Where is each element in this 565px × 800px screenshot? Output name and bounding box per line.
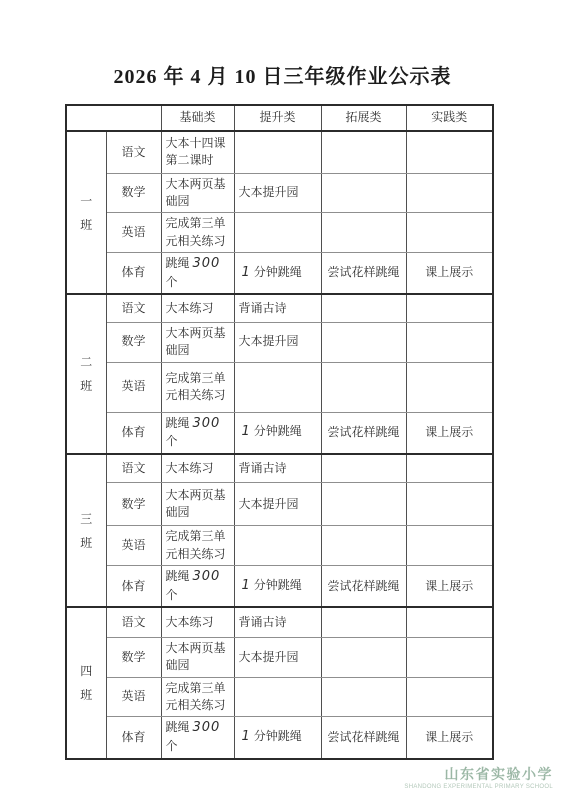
improve-cell	[234, 213, 321, 253]
basic-cell: 大本两页基础园	[161, 322, 234, 362]
basic-cell: 完成第三单元相关练习	[161, 362, 234, 412]
basic-cell: 跳绳300个	[161, 412, 234, 454]
improve-cell: 背诵古诗	[234, 454, 321, 483]
class-name-label: 二班	[80, 350, 93, 398]
class-name-cell: 一班	[66, 131, 106, 294]
homework-table: 基础类 提升类 拓展类 实践类 一班 语文 大本十四课第二课时 数学 大本两页基…	[65, 104, 494, 760]
table-row: 体育 跳绳300个 1分钟跳绳 尝试花样跳绳 课上展示	[66, 412, 493, 454]
col-header-practice: 实践类	[406, 105, 493, 131]
basic-cell: 完成第三单元相关练习	[161, 213, 234, 253]
practice-cell	[406, 677, 493, 717]
practice-cell	[406, 454, 493, 483]
pe-basic-count: 300	[193, 256, 221, 271]
table-row: 英语 完成第三单元相关练习	[66, 677, 493, 717]
expand-cell: 尝试花样跳绳	[321, 566, 406, 608]
basic-cell: 跳绳300个	[161, 566, 234, 608]
improve-cell: 大本提升园	[234, 322, 321, 362]
pe-improve-text: 分钟跳绳	[254, 578, 302, 592]
expand-cell	[321, 454, 406, 483]
table-row: 英语 完成第三单元相关练习	[66, 213, 493, 253]
basic-cell: 大本两页基础园	[161, 637, 234, 677]
pe-basic-count: 300	[193, 720, 221, 735]
practice-cell	[406, 294, 493, 322]
col-header-improve: 提升类	[234, 105, 321, 131]
basic-cell: 跳绳300个	[161, 717, 234, 759]
expand-cell	[321, 483, 406, 526]
header-row: 基础类 提升类 拓展类 实践类	[66, 105, 493, 131]
pe-basic-unit: 个	[166, 434, 178, 448]
practice-cell	[406, 526, 493, 566]
practice-cell	[406, 483, 493, 526]
table-row: 数学 大本两页基础园 大本提升园	[66, 322, 493, 362]
basic-cell: 大本十四课第二课时	[161, 131, 234, 173]
practice-cell	[406, 173, 493, 213]
expand-cell	[321, 213, 406, 253]
table-row: 四班 语文 大本练习 背诵古诗	[66, 607, 493, 637]
expand-cell	[321, 637, 406, 677]
subject-cell: 体育	[106, 412, 161, 454]
expand-cell	[321, 677, 406, 717]
table-row: 一班 语文 大本十四课第二课时	[66, 131, 493, 173]
practice-cell	[406, 362, 493, 412]
improve-cell: 大本提升园	[234, 483, 321, 526]
expand-cell: 尝试花样跳绳	[321, 717, 406, 759]
improve-cell: 背诵古诗	[234, 294, 321, 322]
pe-basic-text: 跳绳	[166, 416, 190, 430]
pe-basic-unit: 个	[166, 588, 178, 602]
corner-cell	[66, 105, 161, 131]
class-name-cell: 四班	[66, 607, 106, 758]
expand-cell	[321, 526, 406, 566]
table-row: 体育 跳绳300个 1分钟跳绳 尝试花样跳绳 课上展示	[66, 253, 493, 295]
improve-cell	[234, 526, 321, 566]
practice-cell	[406, 637, 493, 677]
improve-cell: 大本提升园	[234, 637, 321, 677]
table-row: 英语 完成第三单元相关练习	[66, 362, 493, 412]
pe-basic-text: 跳绳	[166, 569, 190, 583]
expand-cell: 尝试花样跳绳	[321, 253, 406, 295]
pe-improve-text: 分钟跳绳	[254, 265, 302, 279]
basic-cell: 完成第三单元相关练习	[161, 526, 234, 566]
pe-basic-count: 300	[193, 416, 221, 431]
subject-cell: 体育	[106, 253, 161, 295]
subject-cell: 英语	[106, 526, 161, 566]
subject-cell: 体育	[106, 717, 161, 759]
expand-cell	[321, 131, 406, 173]
improve-cell	[234, 362, 321, 412]
class-name-cell: 三班	[66, 454, 106, 608]
table-row: 体育 跳绳300个 1分钟跳绳 尝试花样跳绳 课上展示	[66, 717, 493, 759]
table-row: 体育 跳绳300个 1分钟跳绳 尝试花样跳绳 课上展示	[66, 566, 493, 608]
basic-cell: 大本练习	[161, 607, 234, 637]
pe-basic-text: 跳绳	[166, 256, 190, 270]
subject-cell: 英语	[106, 213, 161, 253]
pe-basic-count: 300	[193, 569, 221, 584]
subject-cell: 数学	[106, 173, 161, 213]
improve-cell: 1分钟跳绳	[234, 717, 321, 759]
basic-cell: 大本练习	[161, 294, 234, 322]
basic-cell: 大本两页基础园	[161, 483, 234, 526]
school-logo: 山东省实验小学 SHANDONG EXPERIMENTAL PRIMARY SC…	[404, 768, 553, 790]
pe-improve-count: 1	[242, 578, 251, 593]
practice-cell: 课上展示	[406, 253, 493, 295]
practice-cell: 课上展示	[406, 412, 493, 454]
school-logo-chinese: 山东省实验小学	[404, 768, 553, 783]
class-name-label: 一班	[80, 189, 93, 237]
subject-cell: 语文	[106, 294, 161, 322]
practice-cell	[406, 607, 493, 637]
basic-cell: 跳绳300个	[161, 253, 234, 295]
improve-cell: 1分钟跳绳	[234, 253, 321, 295]
subject-cell: 英语	[106, 677, 161, 717]
class-name-cell: 二班	[66, 294, 106, 454]
table-row: 数学 大本两页基础园 大本提升园	[66, 637, 493, 677]
subject-cell: 数学	[106, 637, 161, 677]
class-name-label: 四班	[80, 659, 93, 707]
practice-cell: 课上展示	[406, 717, 493, 759]
practice-cell: 课上展示	[406, 566, 493, 608]
col-header-basic: 基础类	[161, 105, 234, 131]
document-page: 2026 年 4 月 10 日三年级作业公示表 基础类 提升类 拓展类 实践类 …	[0, 0, 565, 800]
expand-cell	[321, 607, 406, 637]
pe-basic-unit: 个	[166, 275, 178, 289]
improve-cell: 大本提升园	[234, 173, 321, 213]
expand-cell	[321, 294, 406, 322]
subject-cell: 数学	[106, 483, 161, 526]
subject-cell: 语文	[106, 131, 161, 173]
table-row: 三班 语文 大本练习 背诵古诗	[66, 454, 493, 483]
school-logo-english: SHANDONG EXPERIMENTAL PRIMARY SCHOOL	[404, 784, 553, 790]
expand-cell	[321, 173, 406, 213]
improve-cell: 背诵古诗	[234, 607, 321, 637]
class-name-label: 三班	[80, 507, 93, 555]
basic-cell: 完成第三单元相关练习	[161, 677, 234, 717]
subject-cell: 语文	[106, 607, 161, 637]
practice-cell	[406, 322, 493, 362]
expand-cell	[321, 322, 406, 362]
table-row: 数学 大本两页基础园 大本提升园	[66, 483, 493, 526]
improve-cell: 1分钟跳绳	[234, 412, 321, 454]
subject-cell: 体育	[106, 566, 161, 608]
pe-improve-text: 分钟跳绳	[254, 424, 302, 438]
page-title: 2026 年 4 月 10 日三年级作业公示表	[0, 0, 565, 89]
expand-cell: 尝试花样跳绳	[321, 412, 406, 454]
table-row: 数学 大本两页基础园 大本提升园	[66, 173, 493, 213]
pe-improve-text: 分钟跳绳	[254, 729, 302, 743]
table-row: 二班 语文 大本练习 背诵古诗	[66, 294, 493, 322]
pe-improve-count: 1	[242, 265, 251, 280]
basic-cell: 大本练习	[161, 454, 234, 483]
pe-basic-text: 跳绳	[166, 720, 190, 734]
subject-cell: 语文	[106, 454, 161, 483]
expand-cell	[321, 362, 406, 412]
subject-cell: 英语	[106, 362, 161, 412]
pe-improve-count: 1	[242, 729, 251, 744]
col-header-expand: 拓展类	[321, 105, 406, 131]
practice-cell	[406, 131, 493, 173]
improve-cell: 1分钟跳绳	[234, 566, 321, 608]
improve-cell	[234, 677, 321, 717]
pe-basic-unit: 个	[166, 739, 178, 753]
practice-cell	[406, 213, 493, 253]
pe-improve-count: 1	[242, 424, 251, 439]
subject-cell: 数学	[106, 322, 161, 362]
table-row: 英语 完成第三单元相关练习	[66, 526, 493, 566]
basic-cell: 大本两页基础园	[161, 173, 234, 213]
improve-cell	[234, 131, 321, 173]
